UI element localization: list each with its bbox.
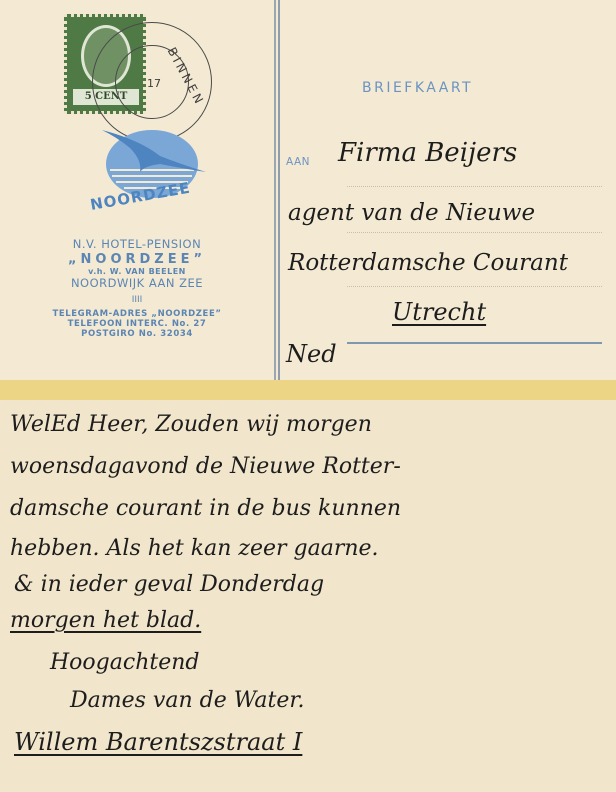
hotel-info: N.V. HOTEL-PENSION „NOORDZEE” v.h. W. VA…	[0, 238, 274, 339]
message-line: & in ieder geval Donderdag	[14, 572, 324, 597]
postgiro: POSTGIRO No. 32034	[0, 329, 274, 339]
message-line: damsche courant in de bus kunnen	[10, 496, 401, 521]
hotel-location: NOORDWIJK AAN ZEE	[0, 277, 274, 291]
address-line-1: Firma Beijers	[338, 138, 517, 168]
card-heading: BRIEFKAART	[362, 80, 473, 96]
address-line-4: Utrecht	[392, 298, 486, 326]
aan-label: AAN	[286, 156, 310, 168]
message-line: morgen het blad.	[10, 608, 201, 633]
address-line-5: Ned	[286, 340, 337, 368]
sender-address: Willem Barentszstraat I	[14, 728, 302, 756]
address-underline	[347, 342, 602, 344]
message-line: hebben. Als het kan zeer gaarne.	[10, 536, 379, 561]
message-line: WelEd Heer, Zouden wij morgen	[10, 412, 372, 437]
separator-band	[0, 380, 616, 400]
hotel-line1: N.V. HOTEL-PENSION	[0, 238, 274, 252]
telephone: TELEFOON INTERC. No. 27	[0, 319, 274, 329]
closing: Hoogachtend	[50, 650, 199, 675]
postcard-front: 5 CENT BINNEN 17 NOORDZEE N.V. HOTEL-PEN…	[0, 0, 616, 380]
postcard-back: WelEd Heer, Zouden wij morgen woensdagav…	[0, 400, 616, 792]
postmark-date: 17	[147, 77, 161, 90]
address-line-2: agent van de Nieuwe	[288, 200, 535, 226]
message-line: woensdagavond de Nieuwe Rotter-	[10, 454, 401, 479]
telegram-address: TELEGRAM-ADRES „NOORDZEE”	[0, 309, 274, 319]
address-line-3: Rotterdamsche Courant	[288, 250, 568, 276]
signature: Dames van de Water.	[70, 688, 305, 713]
hotel-name: „NOORDZEE”	[0, 252, 274, 268]
vertical-divider	[274, 0, 281, 380]
hotel-separator: IIII	[0, 295, 274, 306]
